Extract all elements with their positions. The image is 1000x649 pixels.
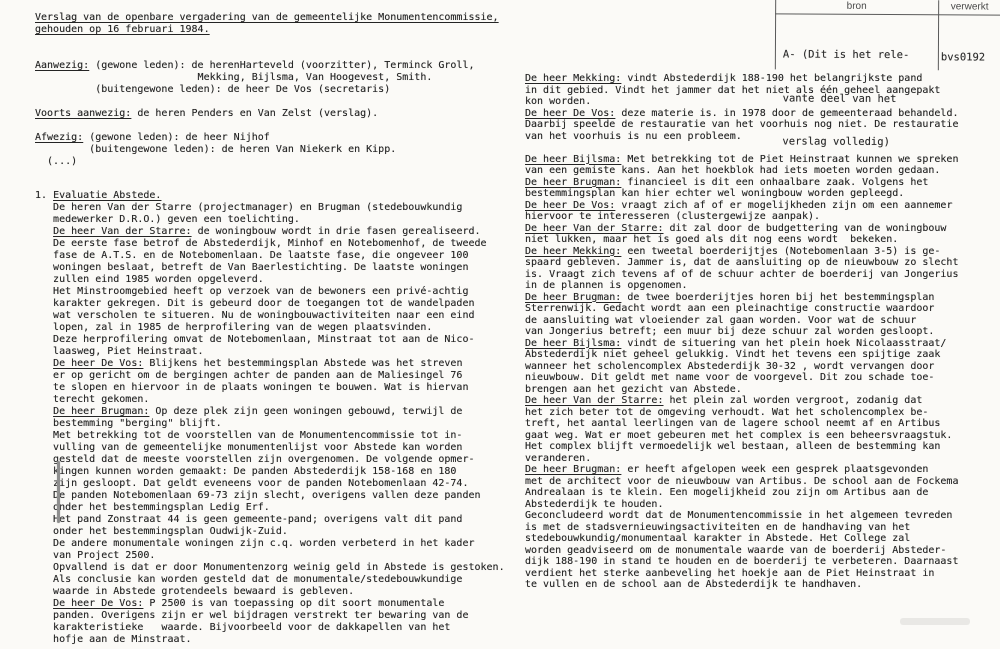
text-line: De heer Van der Starre: het plein zal wo… — [525, 395, 997, 407]
text-line: nieuwbouw. Dit geldt met name voor de vo… — [525, 372, 997, 384]
text-line: Het pand Zonstraat 44 is geen gemeente-p… — [35, 514, 510, 526]
text-line: te slopen en hiervoor in de plaats wonin… — [35, 382, 510, 394]
stamp-code: bvs0192 — [941, 51, 985, 63]
scanned-document-page: Verslag van de openbare vergadering van … — [0, 0, 1000, 649]
text-line: de aansluiting wat vloeiender zal gaan w… — [525, 315, 997, 327]
text-line: Met betrekking tot de voorstellen van de… — [35, 430, 510, 442]
text-line: (...) — [35, 156, 510, 168]
text-line: gehouden op 16 februari 1984. — [35, 24, 510, 36]
text-line: De heer Van der Starre: de woningbouw wo… — [35, 226, 510, 238]
text-line: laasweg, Piet Heinstraat. — [35, 346, 510, 358]
text-line: Abstederdijk niet geheel gelukkig. Vindt… — [525, 349, 997, 361]
text-line: Daarbij speelde de restauratie van het v… — [525, 119, 997, 131]
text-line: De heer Mekking: vindt Abstederdijk 188-… — [525, 73, 997, 85]
text-line: De heren Van der Starre (projectmanager)… — [35, 202, 510, 214]
left-column: 1. Evaluatie Abstede. De heren Van der S… — [35, 190, 510, 646]
text-line: hofje aan de Minstraat. — [35, 634, 510, 646]
text-line: onder het bestemmingsplan Oudwijk-Zuid. — [35, 526, 510, 538]
text-line: De heer De Vos: P 2500 is van toepassing… — [35, 598, 510, 610]
text-line: van het voorhuis is nu een probleem. — [525, 131, 997, 143]
stamp-header-rule — [775, 13, 1000, 15]
text-line: wanneer het scholencomplex Abstederdijk … — [525, 361, 997, 373]
text-line: Voorts aanwezig: de heren Penders en Van… — [35, 108, 510, 120]
text-line: vulling van de gemeentelijke monumentenl… — [35, 442, 510, 454]
document-header: Verslag van de openbare vergadering van … — [35, 12, 510, 168]
text-line: brengen aan het gezicht van Abstede. — [525, 384, 997, 396]
text-line: De heer Bijlsma: Met betrekking tot de P… — [525, 154, 997, 166]
text-line: (buitengewone leden): de heren Van Nieke… — [35, 144, 510, 156]
margin-pen-mark — [57, 461, 60, 523]
text-line: is. Vraagt zich tevens af of de schuur a… — [525, 269, 997, 281]
text-line: kon worden. — [525, 96, 997, 108]
text-line: wat verscholen te situeren. Nu de woning… — [35, 310, 510, 322]
text-line: Verslag van de openbare vergadering van … — [35, 12, 510, 24]
text-line: De eerste fase betrof de Abstederdijk, M… — [35, 238, 510, 250]
text-line: Afwezig: (gewone leden): de heer Nijhof — [35, 132, 510, 144]
text-line: Het complex blijft vermoedelijk wel best… — [525, 441, 997, 453]
text-line: gesteld dat de meeste voorstellen zijn o… — [35, 454, 510, 466]
stamp-bron-header: bron — [775, 0, 938, 12]
text-line: verdient het sterke aanbeveling het hoek… — [525, 568, 997, 580]
text-line — [525, 142, 997, 154]
text-line: De heer Brugman: er heeft afgelopen week… — [525, 464, 997, 476]
text-line: De heer Brugman: financieel is dit een o… — [525, 177, 997, 189]
text-line: zijn gesloopt. Dat geldt eveneens voor d… — [35, 478, 510, 490]
stamp-note-line: verslag volledig) — [782, 134, 909, 149]
text-line: karakteristieke waarde. Bijvoorbeeld voo… — [35, 622, 510, 634]
text-line — [35, 36, 510, 48]
text-line: De heer Brugman: Op deze plek zijn geen … — [35, 406, 510, 418]
text-line: spaard gebleven. Jammer is, dat de aansl… — [525, 257, 997, 269]
text-line: De heer Van der Starre: dit zal door de … — [525, 223, 997, 235]
text-line: lopen, zal in 1985 de herprofilering van… — [35, 322, 510, 334]
text-line: Aanwezig: (gewone leden): de herenHartev… — [35, 60, 510, 72]
text-line: bestemming "berging" blijft. — [35, 418, 510, 430]
text-line: De panden Notebomenlaan 69-73 zijn slech… — [35, 490, 510, 502]
stamp-verwerkt-header: verwerkt — [939, 1, 1000, 12]
text-line: De heer De Vos: deze materie is. in 1978… — [525, 108, 997, 120]
text-line: te vullen en de school aan de Abstederdi… — [525, 579, 997, 591]
text-line: Opvallend is dat er door Monumentenzorg … — [35, 562, 510, 574]
text-line: gaat weg. Wat er moet gebeuren met het c… — [525, 430, 997, 442]
text-line: niet lukken, maar het is goed als dit no… — [525, 234, 997, 246]
text-line: worden geadviseerd om de monumentale waa… — [525, 545, 997, 557]
text-line — [35, 96, 510, 108]
text-line: waarde in Abstede grotendeels bewaard is… — [35, 586, 510, 598]
text-line: in de plannen is opgenomen. — [525, 280, 997, 292]
text-line: Sterrenwijk. Gedacht wordt aan een plein… — [525, 303, 997, 315]
text-line: De heer De Vos: Blijkens het bestemmings… — [35, 358, 510, 370]
text-line: zullen eind 1985 worden opgeleverd. — [35, 274, 510, 286]
text-line: met de architect voor de nieuwbouw van A… — [525, 476, 997, 488]
scan-smudge — [900, 618, 970, 625]
text-line: Mekking, Bijlsma, Van Hoogevest, Smith. — [35, 72, 510, 84]
text-line: Als conclusie kan worden gesteld dat de … — [35, 574, 510, 586]
text-line: De heer Bijlsma: vindt de situering van … — [525, 338, 997, 350]
text-line: medewerker D.R.O.) geven een toelichting… — [35, 214, 510, 226]
text-line: 1. Evaluatie Abstede. — [35, 190, 510, 202]
right-column: De heer Mekking: vindt Abstederdijk 188-… — [525, 73, 997, 591]
text-line: veranderen. — [525, 453, 997, 465]
text-line: treft, het aantal leerlingen van de lage… — [525, 418, 997, 430]
text-line: bestemmingsplan kan hier echter wel woni… — [525, 188, 997, 200]
text-line: er op gericht om de bergingen achter de … — [35, 370, 510, 382]
text-line: Abstederdijk te houden. — [525, 499, 997, 511]
stamp-note-line: A- (Dit is het rele- — [783, 47, 910, 62]
text-line: hiervoor te interesseren (clustergewijze… — [525, 211, 997, 223]
text-line: De heer Brugman: de twee boerderijtjes h… — [525, 292, 997, 304]
text-line: Deze herprofilering omvat de Notebomenla… — [35, 334, 510, 346]
text-line: woningen beslaat, betreft de Van Baerles… — [35, 262, 510, 274]
text-line — [35, 48, 510, 60]
text-line: kingen kunnen worden gemaakt: De panden … — [35, 466, 510, 478]
stamp-note: A- (Dit is het rele- vante deel van het … — [782, 18, 909, 178]
text-line: (buitengewone leden): de heer De Vos (se… — [35, 84, 510, 96]
text-line: De heer Mekking: een tweetal boerderijtj… — [525, 246, 997, 258]
text-line: is met de stadsvernieuwingsactiviteiten … — [525, 522, 997, 534]
archive-stamp-box: bron verwerkt A- (Dit is het rele- vante… — [775, 0, 1000, 75]
text-line: karakter gekregen. Dit is gebeurd door d… — [35, 298, 510, 310]
text-line: Geconcludeerd wordt dat de Monumentencom… — [525, 510, 997, 522]
text-line: Het Minstroomgebied heeft op verzoek van… — [35, 286, 510, 298]
text-line: terecht gekomen. — [35, 394, 510, 406]
text-line — [35, 120, 510, 132]
stamp-note-line: vante deel van het — [783, 91, 910, 106]
text-line: onder het bestemmingsplan Ledig Erf. — [35, 502, 510, 514]
text-line: van een gemiste kans. Aan het hoekblok h… — [525, 165, 997, 177]
text-line: fase de A.T.S. en de Notebomenlaan. De l… — [35, 250, 510, 262]
text-line: De heer De Vos: vraagt zich af of er mog… — [525, 200, 997, 212]
text-line: het zich beter tot de omgeving verhoudt.… — [525, 407, 997, 419]
text-line: dijk 188-190 in stand te houden en de bo… — [525, 556, 997, 568]
text-line: stedebouwkundig/monumentaal karakter in … — [525, 533, 997, 545]
text-line: in dit gebied. Vindt het jammer dat het … — [525, 85, 997, 97]
text-line: van Project 2500. — [35, 550, 510, 562]
text-line: panden. Overigens zijn er wel bijdragen … — [35, 610, 510, 622]
text-line: Andrealaan is te klein. Een mogelijkheid… — [525, 487, 997, 499]
text-line: De andere monumentale woningen zijn c.q.… — [35, 538, 510, 550]
text-line: van Jongerius betreft; een muur bij deze… — [525, 326, 997, 338]
